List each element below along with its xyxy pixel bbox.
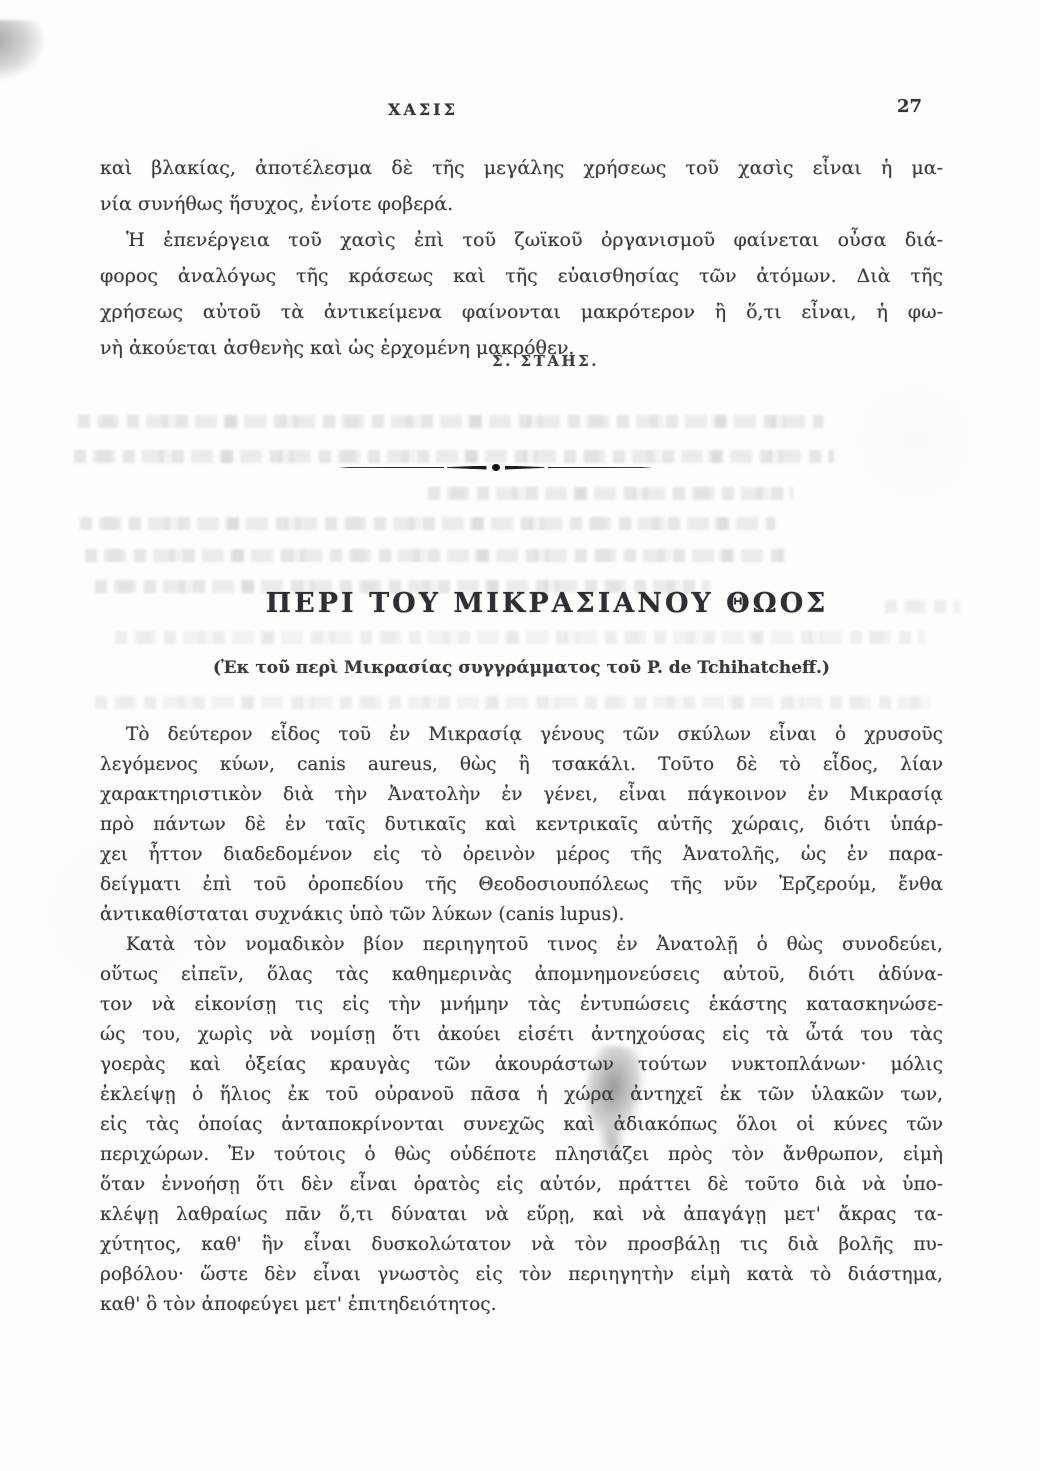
text-line: φορος ἀναλόγως τῆς κράσεως καὶ τῆς εὐαισ… xyxy=(100,258,943,294)
text-line: ἐκλείψῃ ὁ ἥλιος ἐκ τοῦ οὐρανοῦ πᾶσα ἡ χώ… xyxy=(100,1080,943,1110)
text-line: οὕτως εἰπεῖν, ὅλας τὰς καθημερινὰς ἀπομν… xyxy=(100,960,943,990)
page-number: 27 xyxy=(897,96,922,117)
running-header-title: ΧΑΣΙΣ xyxy=(358,100,488,119)
bleedthrough-ghost-line xyxy=(74,450,834,463)
text-line: ὅταν ἐννοήσῃ ὅτι δὲν εἶναι ὁρατὸς εἰς αὐ… xyxy=(100,1170,943,1200)
bleedthrough-ghost-line xyxy=(115,631,925,644)
text-line: τον νὰ εἰκονίσῃ τις εἰς τὴν μνήμην τὰς ἐ… xyxy=(100,990,943,1020)
text-line: εἰς τὰς ὁποίας ἀνταποκρίνονται συνεχῶς κ… xyxy=(100,1110,943,1140)
text-line: γοερὰς καὶ ὀξείας κραυγὰς τῶν ἀκουράστων… xyxy=(100,1050,943,1080)
bleedthrough-ghost-line xyxy=(80,517,775,530)
section-divider-ornament xyxy=(338,463,653,472)
text-line: Ἡ ἐπενέργεια τοῦ χασὶς ἐπὶ τοῦ ζωϊκοῦ ὀρ… xyxy=(100,222,943,258)
scanned-book-page: ΧΑΣΙΣ 27 καὶ βλακίας, ἀποτέλεσμα δὲ τῆς … xyxy=(0,0,1040,1471)
text-line: ροβόλου· ὥστε δὲν εἶναι γνωστὸς εἰς τὸν … xyxy=(100,1260,943,1290)
article-title: ΠΕΡΙ ΤΟΥ ΜΙΚΡΑΣΙΑΝΟΥ ΘΩΟΣ xyxy=(167,588,927,619)
bleedthrough-ghost-line xyxy=(428,487,793,500)
text-line: χαρακτηριστικὸν διὰ τὴν Ἀνατολὴν ἐν γένε… xyxy=(100,780,943,810)
previous-article-text: καὶ βλακίας, ἀποτέλεσμα δὲ τῆς μεγάλης χ… xyxy=(100,150,943,366)
text-line: πρὸ πάντων δὲ ἐν ταῖς δυτικαῖς καὶ κεντρ… xyxy=(100,810,943,840)
text-line: καθ' ὃ τὸν ἀποφεύγει μετ' ἐπιτηδειότητος… xyxy=(100,1290,943,1320)
text-line: ἀντικαθίσταται συχνάκις ὑπὸ τῶν λύκων (c… xyxy=(100,900,943,930)
text-line: δείγματι ἐπὶ τοῦ ὀροπεδίου τῆς Θεοδοσιου… xyxy=(100,870,943,900)
text-line: Τὸ δεύτερον εἶδος τοῦ ἐν Μικρασίᾳ γένους… xyxy=(100,720,943,750)
divider-wing-left xyxy=(447,466,487,470)
divider-rule-right xyxy=(548,467,654,469)
text-line: χει ἧττον διαδεδομένον εἰς τὸ ὀρεινὸν μέ… xyxy=(100,840,943,870)
scan-artifact-corner-smudge xyxy=(0,20,44,80)
bleedthrough-ghost-line xyxy=(85,549,785,562)
article-subtitle: (Ἐκ τοῦ περὶ Μικρασίας συγγράμματος τοῦ … xyxy=(100,658,943,678)
article-body-text: Τὸ δεύτερον εἶδος τοῦ ἐν Μικρασίᾳ γένους… xyxy=(100,720,943,1320)
text-line: χρήσεως αὐτοῦ τὰ ἀντικείμενα φαίνονται μ… xyxy=(100,294,943,330)
text-line: χύτητος, καθ' ἣν εἶναι δυσκολώτατον νὰ τ… xyxy=(100,1230,943,1260)
bleedthrough-ghost-line xyxy=(95,696,930,709)
text-line: περιχώρων. Ἐν τούτοις ὁ θὼς οὐδέποτε πλη… xyxy=(100,1140,943,1170)
text-line: καὶ βλακίας, ἀποτέλεσμα δὲ τῆς μεγάλης χ… xyxy=(100,150,943,186)
text-line: λεγόμενος κύων, canis aureus, θὼς ἢ τσακ… xyxy=(100,750,943,780)
divider-center-dot xyxy=(492,464,500,471)
text-line: Κατὰ τὸν νομαδικὸν βίον περιηγητοῦ τινος… xyxy=(100,930,943,960)
text-line: ώς του, χωρὶς νὰ νομίσῃ ὅτι ἀκούει εἰσέτ… xyxy=(100,1020,943,1050)
author-signature: Σ. ΣΤΑΗΣ. xyxy=(492,352,599,370)
text-line: νία συνήθως ἥσυχος, ἐνίοτε φοβερά. xyxy=(100,186,943,222)
text-line: κλέψῃ λαθραίως πᾶν ὅ,τι δύναται νὰ εὕρῃ,… xyxy=(100,1200,943,1230)
bleedthrough-ghost-line xyxy=(78,415,823,428)
divider-rule-left xyxy=(338,467,444,469)
divider-wing-right xyxy=(505,466,545,470)
